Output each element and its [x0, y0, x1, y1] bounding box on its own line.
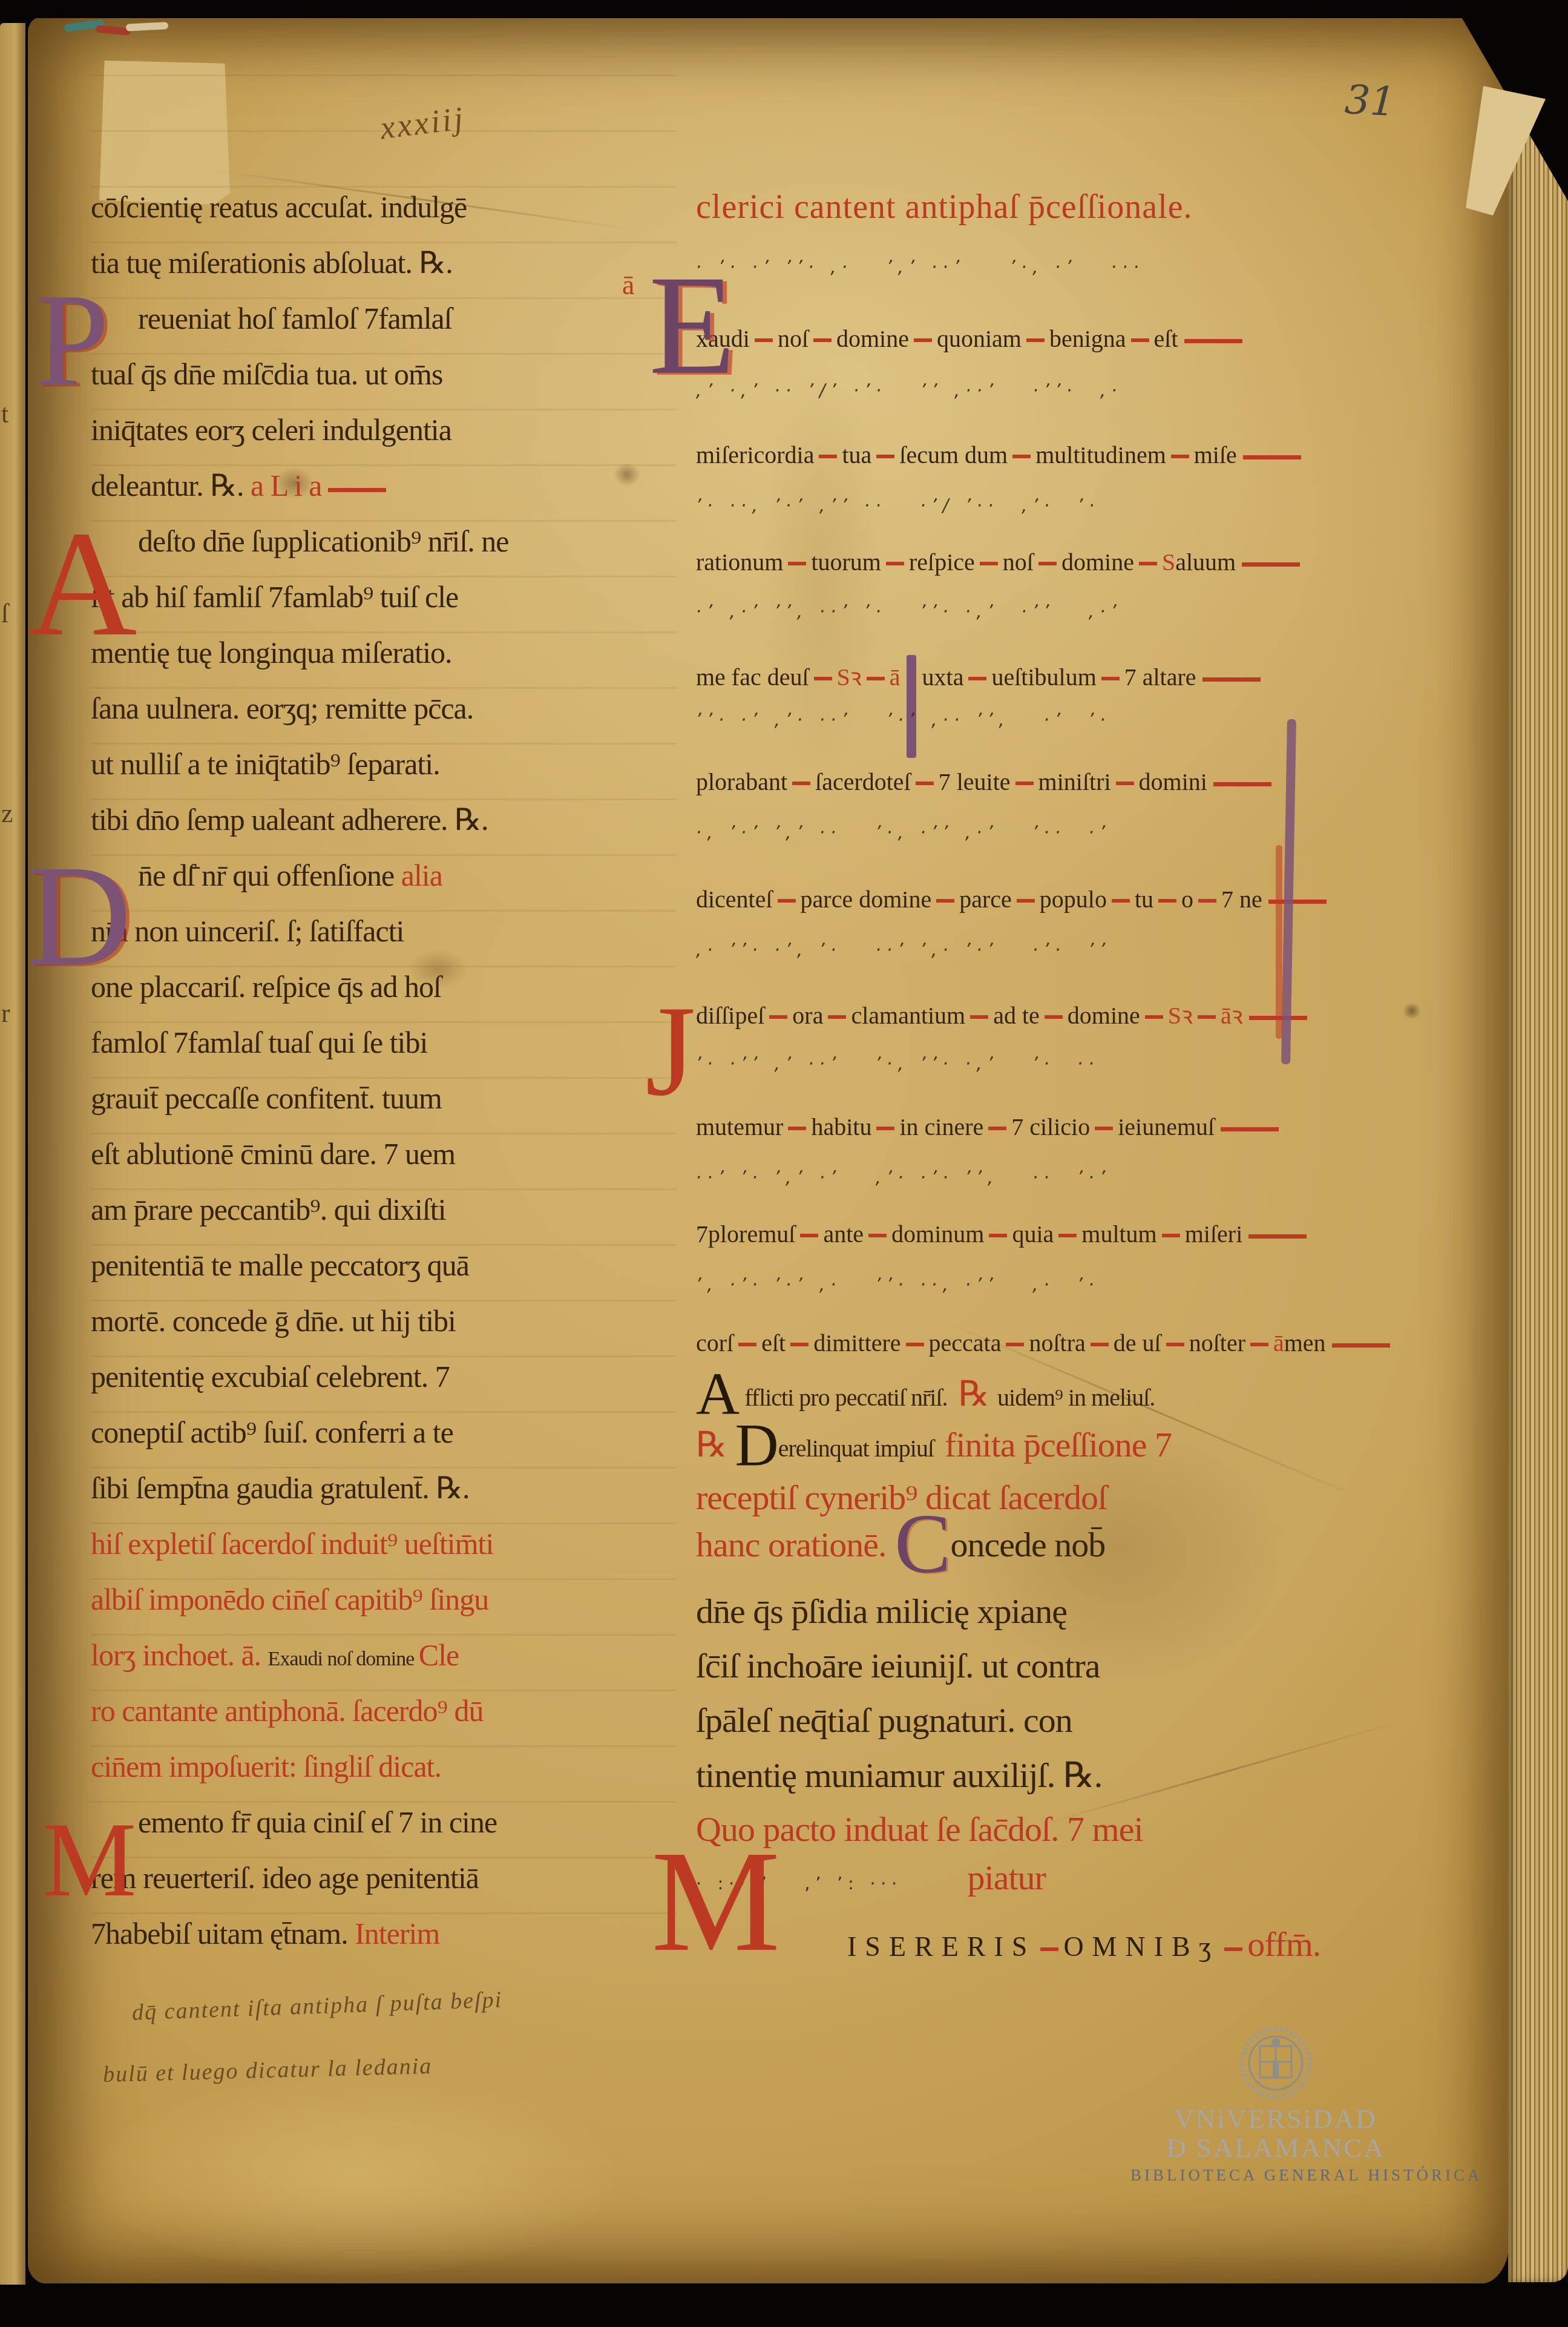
manuscript-text-line: grauit̄ peccaſſe confitent̄. tuum — [91, 1070, 677, 1126]
text-segment: rem reuerteriſ. ideo age penitentiā — [91, 1861, 479, 1895]
lyric-word: me fac deuſ — [696, 663, 809, 691]
red-word-separator — [1091, 1343, 1109, 1346]
text-segment: tibi dn̄o ſemp ualeant adherere. ℞. — [91, 803, 488, 837]
red-word-separator — [1045, 1015, 1063, 1019]
red-word-separator — [800, 1234, 818, 1237]
lyric-word: eſt — [1154, 325, 1178, 352]
chant-lyric-line: diſſipeſoraclamantiumad tedomineSꝛāꝛ — [696, 998, 1307, 1031]
lyric-word: rationum — [696, 548, 783, 576]
lyric-word: tuorum — [811, 548, 881, 576]
chant-lyric-line: miſericordiatuaſecum dummultitudinemmiſe — [696, 441, 1301, 469]
text-segment: OMNIBʒ — [1063, 1931, 1219, 1962]
chant-lyric-line: me fac deuſSꝛāuxtaueſtibulum7 altare — [696, 655, 1261, 758]
manuscript-text-line: penitentię excubiaſ celebrent. 7 — [91, 1349, 677, 1404]
lyric-word: āꝛ — [1221, 1002, 1243, 1029]
lyric-word: 7 cilicio — [1011, 1113, 1090, 1140]
red-word-separator — [968, 677, 986, 680]
lyric-word: 7 ne — [1221, 886, 1262, 913]
prayer-text-line: tinentię muniamur auxilijſ. ℞. — [696, 1754, 1102, 1795]
lyric-word: ora — [792, 1002, 823, 1029]
text-segment: penitentiā te malle peccatorʒ quā — [91, 1248, 469, 1282]
neume-notation-row: · ’· ·’ ’’· ,· ’,’ ··’ ’·, ·’ ··· — [694, 257, 1147, 278]
red-word-separator — [1058, 1234, 1077, 1237]
red-word-separator — [906, 1343, 924, 1346]
text-segment: ut nulliſ a te iniq̄tatib⁹ ſeparati. — [91, 747, 440, 781]
red-word-separator — [1015, 782, 1034, 785]
red-word-separator — [1166, 1343, 1184, 1346]
lyric-word: 7 altare — [1124, 663, 1196, 691]
neume-notation-row: ··’ ’· ’,’ ·’ ,’· ·’· ’’, ·· ’·’ — [694, 1167, 1113, 1188]
manuscript-text-line: 7habebiſ uitam ęt̄nam. Interim — [91, 1906, 677, 1961]
red-word-separator — [1095, 1127, 1113, 1130]
red-filler-line — [1242, 562, 1300, 567]
edge-text-fragment: z — [1, 798, 13, 829]
text-segment: uidem⁹ in meliuſ. — [997, 1384, 1155, 1411]
red-filler-line — [1221, 1127, 1279, 1131]
lyric-word: ā — [1273, 1329, 1284, 1357]
manuscript-text-line: one placcariſ. reſpice q̄s ad hoſ — [91, 959, 677, 1015]
prayer-text-line: ſpāleſ neq̄tiaſ pugnaturi. con — [696, 1700, 1072, 1740]
lyric-word: peccata — [929, 1329, 1002, 1357]
text-segment: mortē. concede ḡ dn̄e. ut hij tibi — [91, 1304, 456, 1338]
red-word-separator — [867, 677, 885, 680]
red-word-separator — [1101, 677, 1120, 680]
manuscript-text-line: eſt ablutionē c̄minū dare. 7 uem — [91, 1126, 677, 1182]
manuscript-text-line: tibi dn̄o ſemp ualeant adherere. ℞. — [91, 792, 677, 848]
lyric-word: plorabant — [696, 768, 787, 795]
manuscript-text-line: ſit ab hiſ famliſ 7famlab⁹ tuiſ cle — [91, 569, 677, 625]
prayer-text-line: ℞ Derelinquat impiuſ finita p̄ceſſione 7 — [696, 1424, 1172, 1465]
text-segment: piatur — [968, 1858, 1046, 1897]
text-segment: dn̄e q̄s p̄ſidia milicię xpianę — [696, 1591, 1067, 1631]
edge-text-fragment: t — [1, 398, 8, 429]
neume-notation-row: ,· ’’· ·’, ’· ··’ ’,· ’·’ ·’· ’’ — [694, 940, 1113, 961]
neume-notation-row: ·’ ,·’ ’’, ··’ ’· ’’· ·,’ ·’’ ,·’ — [694, 601, 1124, 622]
red-word-separator — [1158, 899, 1176, 903]
lyric-word: men — [1284, 1329, 1326, 1357]
chant-lyric-line: mutemurhabituin cinere7 cilicioieiunemuſ — [696, 1113, 1279, 1141]
manuscript-text-line: mentię tuę longinqua miſeratio. — [91, 625, 677, 680]
manuscript-photo: tſzr xxxiij 31 cōſcientię reatus accuſat… — [0, 0, 1568, 2327]
text-segment: coneptiſ actib⁹ ſuiſ. conferri a te — [91, 1415, 453, 1449]
neume-notation-row: ’· ··, ’·’ ,’’ ·· ·’/ ’·· ,’· ’· — [694, 495, 1102, 516]
manuscript-text-line: reueniat hoſ famloſ 7famlaſ — [91, 291, 677, 346]
lyric-word: xaudi — [696, 325, 750, 352]
text-segment: 7habebiſ uitam ęt̄nam. — [91, 1917, 355, 1950]
lyric-word: 7ploremuſ — [696, 1220, 795, 1248]
text-segment: deleantur. ℞. — [91, 469, 251, 502]
manuscript-text-line: hiſ expletiſ ſacerdoſ induit⁹ ueſtim̄ti — [91, 1516, 677, 1572]
lyric-word: domini — [1139, 768, 1207, 795]
prayer-text-line: Quo pacto induat ſe ſac̄doſ. 7 mei — [696, 1809, 1143, 1849]
text-segment: A — [696, 1360, 739, 1427]
lyric-word: mutemur — [696, 1113, 783, 1140]
lyric-word: in cinere — [899, 1113, 983, 1140]
text-segment: alia — [401, 858, 442, 892]
red-word-separator — [989, 1234, 1007, 1237]
lyric-word: parce domine — [801, 886, 932, 913]
lyric-word: ā — [890, 663, 900, 691]
prayer-text-line: dn̄e q̄s p̄ſidia milicię xpianę — [696, 1591, 1067, 1631]
red-word-separator — [1224, 1947, 1242, 1951]
manuscript-text-line: ut nulliſ a te iniq̄tatib⁹ ſeparati. — [91, 736, 677, 792]
text-segment: tuaſ q̄s dn̄e miſc̄dia tua. ut om̄s — [91, 357, 442, 391]
neume-notation-row: ,’ ·,’ ·· ’/’ ·’· ’’ ,··’ ·’’· ,· — [694, 380, 1124, 401]
previous-folio-edge: tſzr — [0, 23, 25, 2289]
text-segment: Interim — [355, 1917, 439, 1950]
text-segment: Quo pacto induat ſe ſac̄doſ. 7 mei — [696, 1809, 1143, 1849]
text-segment: eſt ablutionē c̄minū dare. 7 uem — [91, 1137, 455, 1171]
text-segment: Cle — [419, 1638, 459, 1672]
neume-notation-row: ’, ·’· ’·’ ,· ’’· ··, ·’’ ,· ’· — [694, 1274, 1101, 1295]
text-segment: ℞ — [696, 1425, 735, 1464]
red-word-separator — [868, 1234, 887, 1237]
red-word-separator — [1198, 1015, 1216, 1019]
lyric-word: noſ — [1003, 548, 1034, 576]
text-segment: cōſcientię reatus accuſat. indulgē — [91, 190, 467, 224]
text-segment: ſana uulnera. eorʒq; remitte pc̄ca. — [91, 691, 473, 725]
background-top — [0, 0, 1568, 18]
lyric-word: Sꝛ — [1168, 1002, 1193, 1029]
red-filler-line — [1332, 1343, 1390, 1348]
red-word-separator — [1038, 562, 1057, 565]
text-segment: am p̄rare peccantib⁹. qui dixiſti — [91, 1193, 446, 1226]
lyric-word: domine — [1068, 1002, 1140, 1029]
text-segment: a L i a — [251, 469, 321, 502]
chant-lyric-line: dicenteſparce domineparcepopulotuo7 ne — [696, 885, 1327, 913]
lyric-word: o — [1181, 886, 1193, 913]
manuscript-text-line: emento fr̄ quia ciniſ eſ 7 in cine — [91, 1794, 677, 1850]
text-segment: ro cantante antiphonā. ſacerdo⁹ dū — [91, 1694, 483, 1728]
text-segment: emento fr̄ quia ciniſ eſ 7 in cine — [138, 1805, 497, 1839]
text-segment: reueniat hoſ famloſ 7famlaſ — [138, 301, 452, 335]
text-segment: tia tuę miſerationis abſoluat. ℞. — [91, 246, 453, 280]
lyric-word: corſ — [696, 1329, 733, 1357]
neume-notation-row: ·, ’·’ ’,’ ·· ’·, ·’’ ,·’ ’·· ·’ — [694, 822, 1113, 843]
red-word-separator — [792, 782, 810, 785]
manuscript-text-line: rem reuerteriſ. ideo age penitentiā — [91, 1850, 677, 1906]
red-word-separator — [1145, 1015, 1163, 1019]
text-segment: famloſ 7famlaſ tuaſ qui ſe tibi — [91, 1025, 427, 1059]
red-word-separator — [876, 455, 894, 458]
prayer-text-line: hanc orationē. Concede nob̄ — [696, 1524, 1105, 1565]
red-word-separator — [813, 338, 832, 342]
lyric-word: noſter — [1189, 1329, 1245, 1357]
lyric-word: uxta — [922, 663, 964, 691]
chant-lyric-line: xaudinoſdominequoniambenignaeſt — [696, 324, 1242, 353]
lyric-word: S — [1162, 548, 1175, 576]
lyric-word: tu — [1135, 886, 1153, 913]
background-bottom — [0, 2285, 1568, 2327]
red-word-separator — [1171, 455, 1189, 458]
university-seal-icon — [1239, 2027, 1312, 2099]
lyric-word: tua — [842, 441, 871, 469]
text-segment: mentię tuę longinqua miſeratio. — [91, 636, 452, 670]
manuscript-text-line: ſibi ſempt̄na gaudia gratulent̄. ℞. — [91, 1460, 677, 1516]
red-word-separator — [1162, 1234, 1180, 1237]
edge-text-fragment: ſ — [1, 598, 8, 629]
lyric-word: Sꝛ — [837, 663, 862, 691]
red-word-separator — [970, 1015, 988, 1019]
text-segment: cin̄em impoſuerit: ſingliſ dicat. — [91, 1749, 441, 1783]
red-filler-line — [328, 488, 386, 492]
red-word-separator — [1198, 899, 1216, 903]
lyric-word: multum — [1081, 1220, 1156, 1248]
watermark-university-name: VNiVERSiDAD — [1130, 2103, 1421, 2134]
lyric-word: dicenteſ — [696, 886, 773, 913]
lyric-word: miniſtri — [1038, 768, 1111, 795]
text-segment: ISERERIS — [847, 1931, 1035, 1962]
lyric-word: reſpice — [909, 548, 975, 576]
lyric-word: quia — [1012, 1220, 1054, 1248]
red-word-separator — [778, 899, 796, 903]
lyric-word: ad te — [993, 1002, 1040, 1029]
right-chant-column: clerici cantent antiphaſ p̄ceſſionale.· … — [696, 0, 1458, 2058]
watermark-library-name: BIBLIOTECA GENERAL HISTÓRICA — [1130, 2166, 1421, 2185]
lyric-word: quoniam — [937, 325, 1022, 352]
lyric-word: parce — [959, 886, 1012, 913]
red-word-separator — [886, 562, 904, 565]
purple-initial-bar-inline — [907, 655, 916, 758]
text-segment: D — [735, 1411, 778, 1478]
red-word-separator — [769, 1015, 787, 1019]
text-segment: n̄e dſ̄ nr̄ qui offenſione — [138, 858, 401, 892]
red-word-separator — [788, 562, 806, 565]
manuscript-text-line: penitentiā te malle peccatorʒ quā — [91, 1237, 677, 1293]
red-filler-line — [1243, 455, 1301, 459]
text-segment: finita p̄ceſſione 7 — [945, 1425, 1172, 1464]
manuscript-text-line: tuaſ q̄s dn̄e miſc̄dia tua. ut om̄s — [91, 346, 677, 402]
text-segment: ſpāleſ neq̄tiaſ pugnaturi. con — [696, 1700, 1072, 1740]
lyric-word: domine — [1061, 548, 1134, 576]
red-word-separator — [980, 562, 998, 565]
manuscript-text-line: famloſ 7famlaſ tuaſ qui ſe tibi — [91, 1015, 677, 1070]
manuscript-text-line: ro cantante antiphonā. ſacerdo⁹ dū — [91, 1683, 677, 1739]
red-word-separator — [1139, 562, 1157, 565]
prayer-text-line: ISERERISOMNIBʒoffm̄. — [696, 1924, 1320, 1964]
lyric-word: noſ — [778, 325, 809, 352]
red-filler-line — [1248, 1234, 1307, 1239]
red-filler-line — [1184, 339, 1242, 343]
lyric-word: miſericordia — [696, 441, 814, 469]
manuscript-text-line: mortē. concede ḡ dn̄e. ut hij tibi — [91, 1293, 677, 1349]
red-word-separator — [1112, 899, 1130, 903]
manuscript-text-line: iniq̄tates eorʒ celeri indulgentia — [91, 402, 677, 458]
text-segment: ℞ — [959, 1374, 998, 1414]
red-word-separator — [1017, 899, 1035, 903]
lyric-word: dominum — [891, 1220, 984, 1248]
text-segment: hanc orationē. — [696, 1525, 894, 1564]
lyric-word: domine — [836, 325, 909, 352]
book-fore-edge — [1508, 73, 1568, 2282]
manuscript-text-line: tia tuę miſerationis abſoluat. ℞. — [91, 235, 677, 291]
stain — [94, 2075, 615, 2275]
text-segment: oncede nob̄ — [950, 1525, 1105, 1564]
chant-lyric-line: rationumtuorumreſpicenoſdomineSaluum — [696, 548, 1300, 576]
red-word-separator — [814, 677, 832, 680]
red-word-separator — [828, 1015, 846, 1019]
red-word-separator — [1250, 1343, 1268, 1346]
neume-notation-row: ’· ·’’ ,’ ··’ ’·, ’’· ·,’ ’· ·· — [694, 1053, 1101, 1075]
red-word-separator — [936, 899, 954, 903]
manuscript-text-line: nr̄a non uinceriſ. ſ; ſatiſfacti — [91, 903, 677, 959]
text-segment: ſit ab hiſ famliſ 7famlab⁹ tuiſ cle — [91, 580, 458, 614]
manuscript-text-line: am p̄rare peccantib⁹. qui dixiſti — [91, 1182, 677, 1237]
text-segment: albiſ imponēdo cin̄eſ capitib⁹ ſingu — [91, 1582, 488, 1616]
prayer-text-line: · :·· ’ ,’ ’: ··· piatur — [696, 1857, 1046, 1898]
lyric-word: ueſtibulum — [991, 663, 1096, 691]
manuscript-text-line: ſana uulnera. eorʒq; remitte pc̄ca. — [91, 680, 677, 736]
text-segment: tinentię muniamur auxilijſ. ℞. — [696, 1756, 1102, 1795]
text-segment: C — [894, 1497, 950, 1591]
text-segment: one placcariſ. reſpice q̄s ad hoſ — [91, 970, 441, 1004]
lyric-word: de uſ — [1114, 1329, 1161, 1357]
text-segment: lorʒ inchoet. ā. — [91, 1638, 268, 1672]
lyric-word: ſecum dum — [899, 441, 1008, 469]
red-word-separator — [755, 338, 773, 342]
chant-lyric-line: corſeſtdimitterepeccatanoſtrade uſnoſter… — [696, 1329, 1390, 1357]
red-word-separator — [1006, 1343, 1024, 1346]
lyric-word: dimittere — [813, 1329, 900, 1357]
red-word-separator — [790, 1343, 809, 1346]
watermark-university-name-2: Ð SALAMANCA — [1130, 2132, 1421, 2164]
red-word-separator — [819, 455, 837, 458]
lyric-word: benigna — [1049, 325, 1126, 352]
text-segment: grauit̄ peccaſſe confitent̄. tuum — [91, 1081, 442, 1115]
text-segment: nr̄a non uinceriſ. ſ; ſatiſfacti — [91, 914, 404, 948]
manuscript-text-line: cin̄em impoſuerit: ſingliſ dicat. — [91, 1739, 677, 1794]
text-segment: ſc̄iſ inchoāre ieiunijſ. ut contra — [696, 1646, 1100, 1685]
red-word-separator — [1116, 782, 1134, 785]
prayer-text-line: ſc̄iſ inchoāre ieiunijſ. ut contra — [696, 1645, 1100, 1686]
lyric-word: diſſipeſ — [696, 1002, 764, 1029]
text-segment: hiſ expletiſ ſacerdoſ induit⁹ ueſtim̄ti — [91, 1527, 493, 1561]
red-word-separator — [1026, 338, 1045, 342]
lyric-word: miſe — [1194, 441, 1237, 469]
manuscript-text-line: lorʒ inchoet. ā. Exaudi noſ domine Cle — [91, 1627, 677, 1683]
neume-notation-row: ’’· ·’ ,’· ··’ ’·’ ,·· ’’, ·’ ’· — [694, 709, 1113, 731]
text-segment: · :·· ’ ,’ ’: ··· — [696, 1874, 968, 1894]
prayer-text-line: A fflicti pro peccatiſ nr̄iſ. ℞ uidem⁹ i… — [696, 1373, 1155, 1414]
lyric-word: clamantium — [851, 1002, 965, 1029]
text-segment: deſto dn̄e ſupplicationib⁹ nr̄iſ. ne — [138, 524, 508, 558]
red-filler-line — [1213, 782, 1271, 786]
lyric-word: noſtra — [1029, 1329, 1085, 1357]
lyric-word: eſt — [761, 1329, 786, 1357]
red-word-separator — [876, 1127, 894, 1130]
red-filler-line — [1202, 677, 1261, 682]
red-margin-bar — [1276, 845, 1282, 1039]
edge-text-fragment: r — [1, 998, 10, 1029]
text-segment: iniq̄tates eorʒ celeri indulgentia — [91, 413, 451, 447]
red-word-separator — [1131, 338, 1149, 342]
rubric-line: clerici cantent antiphaſ p̄ceſſionale. — [696, 188, 1193, 226]
text-segment: Exaudi noſ domine — [268, 1648, 419, 1670]
lyric-word: aluum — [1175, 548, 1236, 576]
red-word-separator — [916, 782, 934, 785]
manuscript-text-line: cōſcientię reatus accuſat. indulgē — [91, 179, 677, 235]
manuscript-text-line: deſto dn̄e ſupplicationib⁹ nr̄iſ. ne — [91, 513, 677, 569]
manuscript-text-line: deleantur. ℞. a L i a — [91, 458, 677, 513]
lyric-word: populo — [1040, 886, 1107, 913]
lyric-word: habitu — [811, 1113, 871, 1140]
lyric-word: ieiunemuſ — [1118, 1113, 1215, 1140]
text-segment: fflicti pro peccatiſ nr̄iſ. — [739, 1384, 958, 1411]
red-word-separator — [1040, 1947, 1058, 1951]
red-word-separator — [914, 338, 932, 342]
text-segment: erelinquat impiuſ — [778, 1435, 945, 1462]
library-watermark: VNiVERSiDAD Ð SALAMANCA BIBLIOTECA GENER… — [1130, 2027, 1421, 2185]
text-segment: ſibi ſempt̄na gaudia gratulent̄. ℞. — [91, 1471, 470, 1505]
lyric-word: 7 leuite — [939, 768, 1011, 795]
manuscript-text-line: n̄e dſ̄ nr̄ qui offenſione alia — [91, 848, 677, 903]
manuscript-text-line: coneptiſ actib⁹ ſuiſ. conferri a te — [91, 1404, 677, 1460]
chant-lyric-line: plorabantſacerdoteſ7 leuiteminiſtridomin… — [696, 768, 1271, 796]
lyric-word: ante — [823, 1220, 864, 1248]
manuscript-text-line: albiſ imponēdo cin̄eſ capitib⁹ ſingu — [91, 1572, 677, 1627]
lyric-word: ſacerdoteſ — [815, 768, 911, 795]
red-word-separator — [738, 1343, 756, 1346]
red-word-separator — [788, 1127, 806, 1130]
chant-lyric-line: 7ploremuſantedominumquiamultummiſeri — [696, 1220, 1307, 1248]
lyric-word: multitudinem — [1035, 441, 1166, 469]
red-word-separator — [1012, 455, 1031, 458]
text-segment: offm̄. — [1247, 1924, 1320, 1964]
text-segment: penitentię excubiaſ celebrent. 7 — [91, 1360, 450, 1394]
left-text-column: cōſcientię reatus accuſat. indulgētia tu… — [91, 0, 677, 1961]
red-word-separator — [988, 1127, 1006, 1130]
lyric-word: miſeri — [1185, 1220, 1243, 1248]
